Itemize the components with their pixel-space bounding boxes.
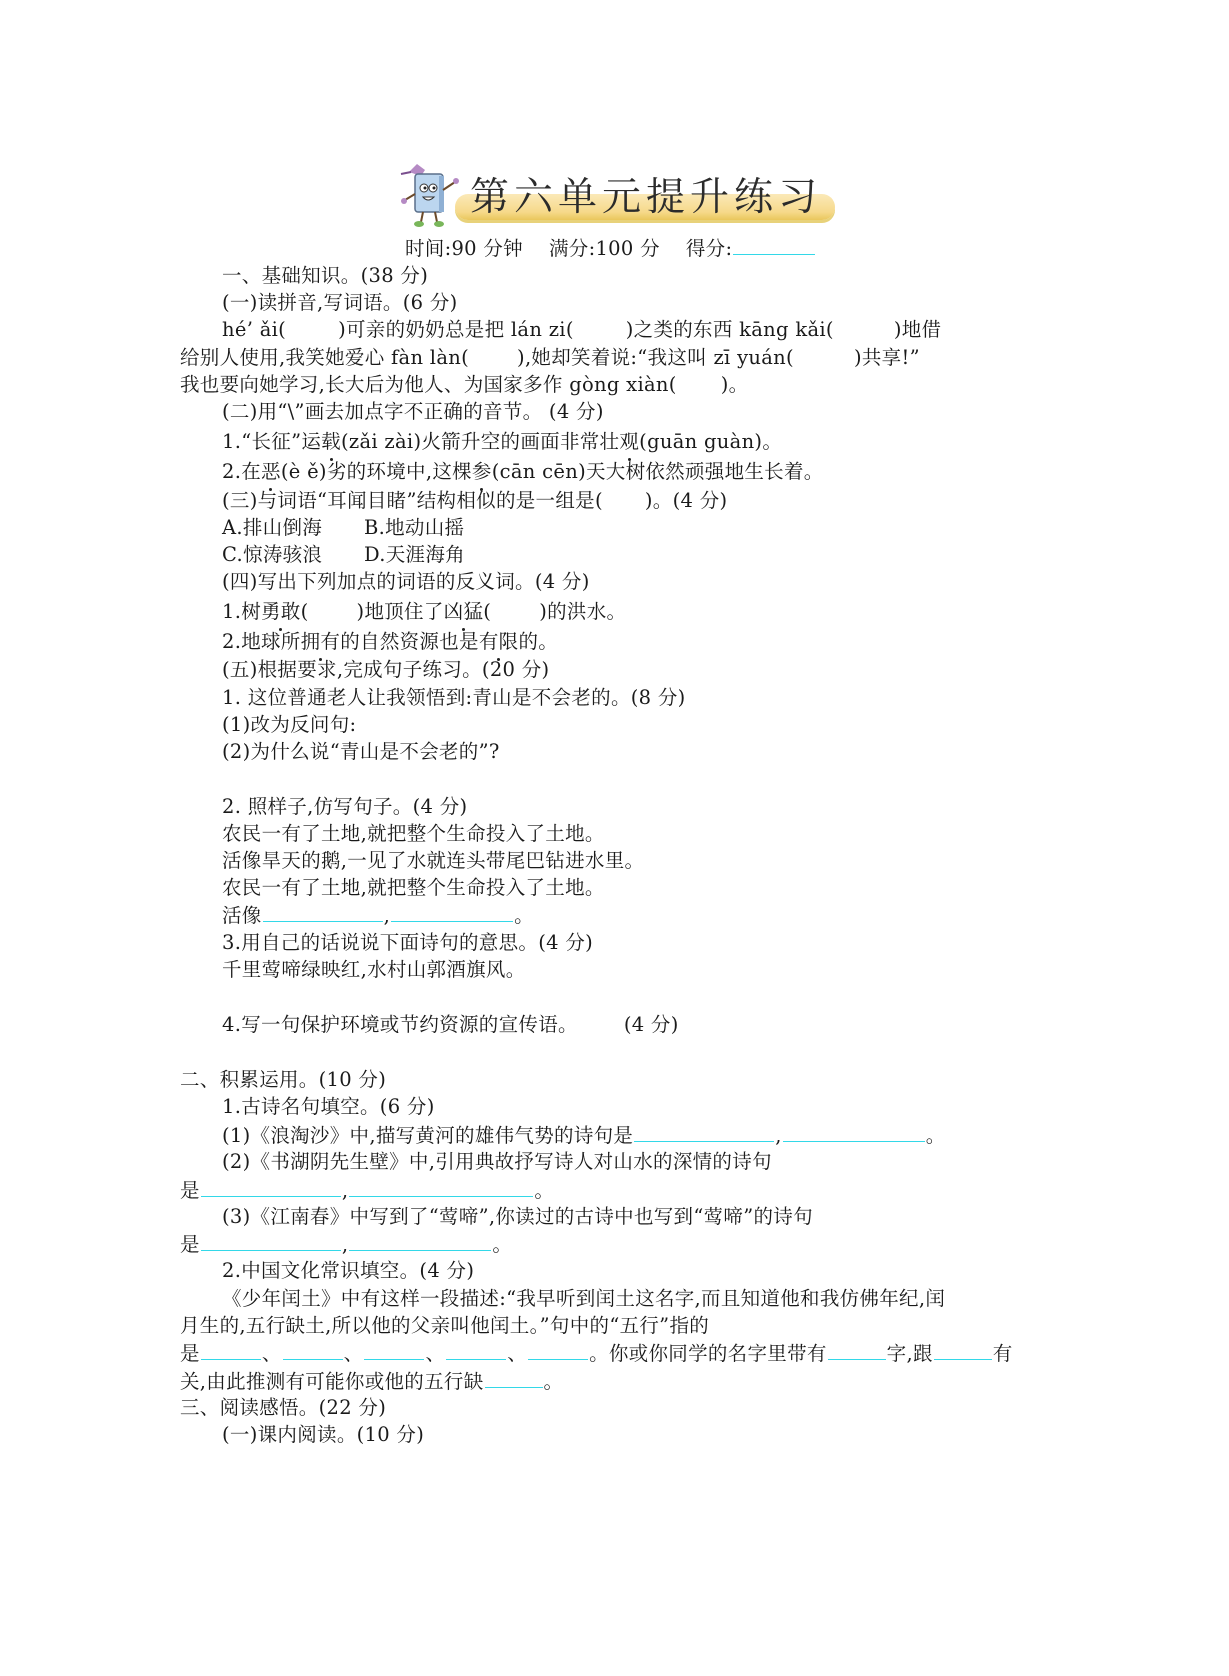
p2-q2-line-4: 关,由此推测有可能你或他的五行缺。 — [180, 1367, 563, 1396]
fill-blank[interactable] — [783, 1121, 925, 1142]
fill-blank[interactable] — [485, 1367, 543, 1388]
page-title: 第六单元提升练习 — [470, 166, 822, 222]
s5-q2-example-2: 活像旱天的鹅,一见了水就连头带尾巴钻进水里。 — [222, 847, 644, 875]
s5-q2-example-3: 农民一有了土地,就把整个生命投入了土地。 — [222, 874, 605, 902]
p2-q1c: (3)《江南春》中写到了“莺啼”,你读过的古诗中也写到“莺啼”的诗句 — [222, 1203, 813, 1231]
fill-blank[interactable] — [349, 1230, 491, 1251]
part2-heading: 二、积累运用。(10 分) — [180, 1066, 386, 1094]
s5-q2-example-1: 农民一有了土地,就把整个生命投入了土地。 — [222, 820, 605, 848]
s3-options-row-1: A.排山倒海B.地动山摇 — [222, 514, 464, 542]
fill-blank[interactable] — [934, 1339, 992, 1360]
book-mascot-icon — [395, 160, 465, 230]
s5-q1a: (1)改为反问句: — [222, 711, 356, 739]
option-c[interactable]: C.惊涛骇浪 — [222, 541, 364, 569]
fill-blank[interactable] — [283, 1339, 343, 1360]
p2-q2: 2.中国文化常识填空。(4 分) — [222, 1257, 474, 1285]
part1-heading: 一、基础知识。(38 分) — [222, 262, 428, 290]
p2-q1a: (1)《浪淘沙》中,描写黄河的雄伟气势的诗句是,。 — [222, 1121, 946, 1150]
s4-q1: 1.树勇敢()地顶住了凶猛()的洪水。 — [222, 598, 626, 626]
s5-q1: 1. 这位普通老人让我领悟到:青山是不会老的。(8 分) — [222, 684, 686, 712]
fill-blank[interactable] — [446, 1339, 506, 1360]
s1-line-1: hé’ ǎi()可亲的奶奶总是把 lán zi()之类的东西 kāng kǎi(… — [222, 316, 941, 344]
p2-q1c-fill: 是,。 — [180, 1230, 512, 1259]
fill-blank[interactable] — [201, 1339, 261, 1360]
p2-q2-line-3: 是、、、、。你或你同学的名字里带有字,跟有 — [180, 1339, 1013, 1368]
exam-meta: 时间:90 分钟 满分:100 分 得分: — [405, 234, 816, 263]
s1-line-2: 给别人使用,我笑她爱心 fàn làn(),她却笑着说:“我这叫 zī yuán… — [180, 344, 920, 372]
p2-q2-line-2: 月生的,五行缺土,所以他的父亲叫他闰土。”句中的“五行”指的 — [180, 1312, 709, 1340]
option-b[interactable]: B.地动山摇 — [364, 516, 464, 539]
s2-q2: 2.在恶(è ě)劣的环境中,这棵参(cān cēn)天大树依然顽强地生长着。 — [222, 458, 824, 486]
s3-options-row-2: C.惊涛骇浪D.天涯海角 — [222, 541, 465, 569]
score-blank[interactable] — [733, 234, 815, 255]
p2-q1b: (2)《书湖阴先生壁》中,引用典故抒写诗人对山水的深情的诗句 — [222, 1148, 772, 1176]
p2-q2-line-1: 《少年闰土》中有这样一段描述:“我早听到闰土这名字,而且知道他和我仿佛年纪,闰 — [222, 1285, 945, 1313]
fill-blank[interactable] — [391, 901, 513, 922]
fill-blank[interactable] — [201, 1230, 341, 1251]
fill-blank[interactable] — [828, 1339, 886, 1360]
option-d[interactable]: D.天涯海角 — [364, 543, 465, 566]
fill-blank[interactable] — [349, 1176, 533, 1197]
s4-heading: (四)写出下列加点的词语的反义词。(4 分) — [222, 568, 590, 596]
s2-heading: (二)用“\”画去加点字不正确的音节。 (4 分) — [222, 398, 604, 426]
s5-q4: 4.写一句保护环境或节约资源的宣传语。(4 分) — [222, 1011, 679, 1039]
fill-blank[interactable] — [528, 1339, 588, 1360]
s2-q1: 1.“长征”运载(zǎi zài)火箭升空的画面非常壮观(guān guàn)。 — [222, 428, 782, 456]
s5-q1b: (2)为什么说“青山是不会老的”? — [222, 738, 500, 766]
p3-s1: (一)课内阅读。(10 分) — [222, 1421, 424, 1449]
option-a[interactable]: A.排山倒海 — [222, 514, 364, 542]
p2-q1: 1.古诗名句填空。(6 分) — [222, 1093, 435, 1121]
s4-q2: 2.地球所拥有的自然资源也是有限的。 — [222, 628, 558, 656]
s5-q3-poem: 千里莺啼绿映红,水村山郭酒旗风。 — [222, 956, 526, 984]
part3-heading: 三、阅读感悟。(22 分) — [180, 1394, 386, 1422]
s5-q2: 2. 照样子,仿写句子。(4 分) — [222, 793, 467, 821]
s5-heading: (五)根据要求,完成句子练习。(20 分) — [222, 656, 549, 684]
fill-blank[interactable] — [201, 1176, 341, 1197]
full-score: 满分:100 分 — [549, 237, 660, 260]
s1-heading: (一)读拼音,写词语。(6 分) — [222, 289, 458, 317]
score-label: 得分: — [686, 237, 732, 260]
fill-blank[interactable] — [634, 1121, 774, 1142]
fill-blank[interactable] — [263, 901, 383, 922]
s5-q2-fill: 活像,。 — [222, 901, 534, 930]
time-limit: 时间:90 分钟 — [405, 237, 523, 260]
s5-q3: 3.用自己的话说说下面诗句的意思。(4 分) — [222, 929, 593, 957]
fill-blank[interactable] — [364, 1339, 424, 1360]
s3-heading: (三)与词语“耳闻目睹”结构相似的是一组是()。(4 分) — [222, 487, 727, 515]
s1-line-3: 我也要向她学习,长大后为他人、为国家多作 gòng xiàn()。 — [180, 371, 748, 399]
p2-q1b-fill: 是,。 — [180, 1176, 554, 1205]
